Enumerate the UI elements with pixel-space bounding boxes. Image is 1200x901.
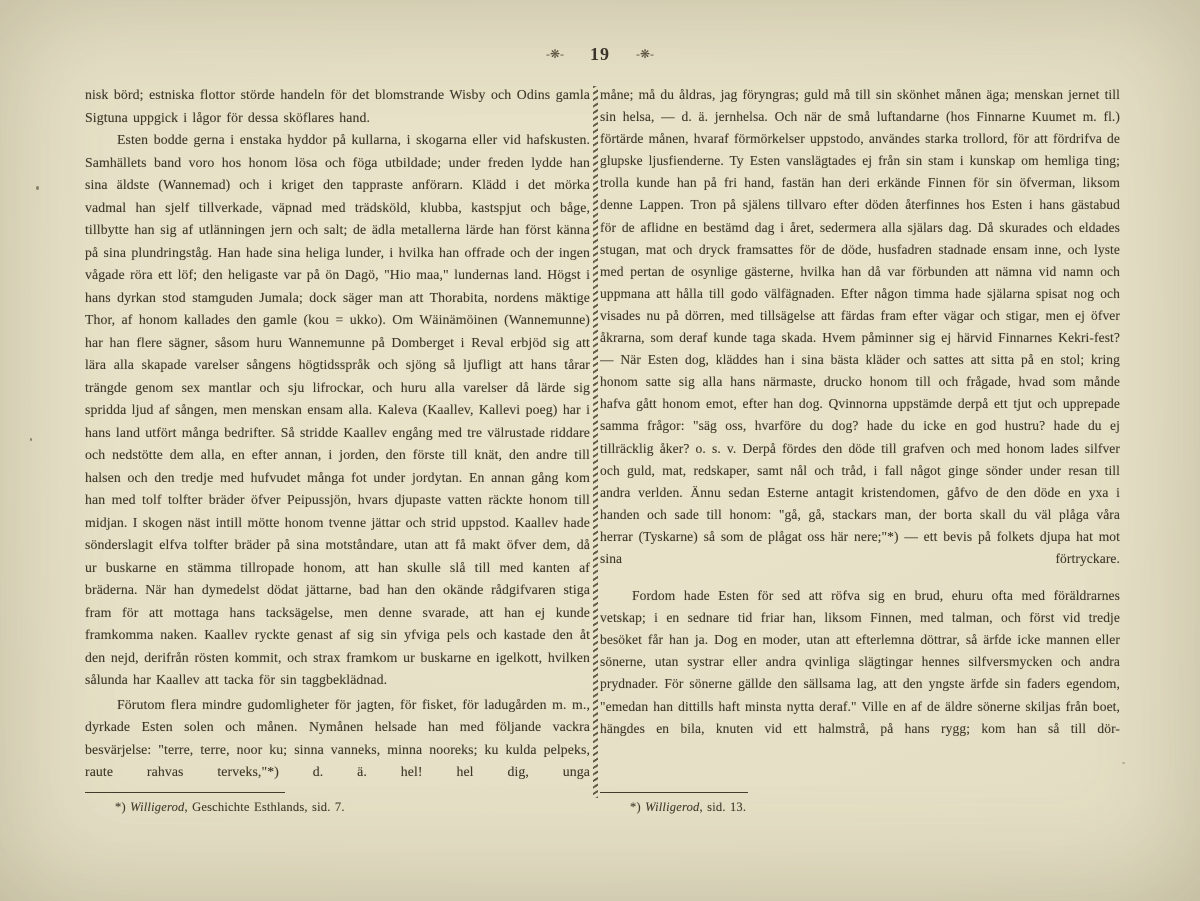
left-footnote: *) Willigerod, Geschichte Esthlands, sid… bbox=[85, 800, 590, 815]
left-footnote-rule bbox=[85, 792, 285, 793]
right-column-text: måne; må du åldras, jag föryngras; guld … bbox=[600, 84, 1120, 786]
page-number: 19 bbox=[590, 44, 610, 64]
two-column-text-block: nisk börd; estniska flottor störde hande… bbox=[85, 84, 1120, 815]
footnote-marker: *) bbox=[630, 800, 641, 814]
left-column-text: nisk börd; estniska flottor störde hande… bbox=[85, 84, 590, 786]
right-footnote: *) Willigerod, sid. 13. bbox=[600, 800, 1120, 815]
paragraph-continued-from-previous-page: nisk börd; estniska flottor störde hande… bbox=[85, 84, 590, 129]
ink-speck bbox=[1122, 762, 1125, 764]
left-footnote-block: *) Willigerod, Geschichte Esthlands, sid… bbox=[85, 792, 590, 815]
paragraph-esten-dwellings: Esten bodde gerna i enstaka hyddor på ku… bbox=[85, 129, 590, 692]
right-footnote-rule bbox=[600, 792, 748, 793]
scanned-book-page: -❋-19-❋- nisk börd; estniska flottor stö… bbox=[0, 0, 1200, 901]
paragraph-bridal-and-inheritance-customs: Fordom hade Esten för sed att röfva sig … bbox=[600, 585, 1120, 740]
right-column: måne; må du åldras, jag föryngras; guld … bbox=[600, 84, 1120, 815]
header-ornament-right-icon: -❋- bbox=[610, 47, 680, 61]
footnote-text: , Geschichte Esthlands, sid. 7. bbox=[184, 800, 344, 814]
right-footnote-block: *) Willigerod, sid. 13. bbox=[600, 792, 1120, 815]
page-header: -❋-19-❋- bbox=[0, 44, 1200, 72]
column-divider-ornament bbox=[593, 86, 598, 798]
left-column: nisk börd; estniska flottor störde hande… bbox=[85, 84, 590, 815]
footnote-text: , sid. 13. bbox=[699, 800, 746, 814]
header-ornament-left-icon: -❋- bbox=[520, 47, 590, 61]
ink-speck bbox=[30, 438, 32, 441]
footnote-source: Willigerod bbox=[645, 800, 699, 814]
footnote-source: Willigerod bbox=[130, 800, 184, 814]
ink-speck bbox=[36, 186, 39, 190]
footnote-marker: *) bbox=[115, 800, 126, 814]
paragraph-sun-moon-worship: Förutom flera mindre gudomligheter för j… bbox=[85, 694, 590, 784]
paragraph-moon-charm-and-death-customs: måne; må du åldras, jag föryngras; guld … bbox=[600, 84, 1120, 570]
